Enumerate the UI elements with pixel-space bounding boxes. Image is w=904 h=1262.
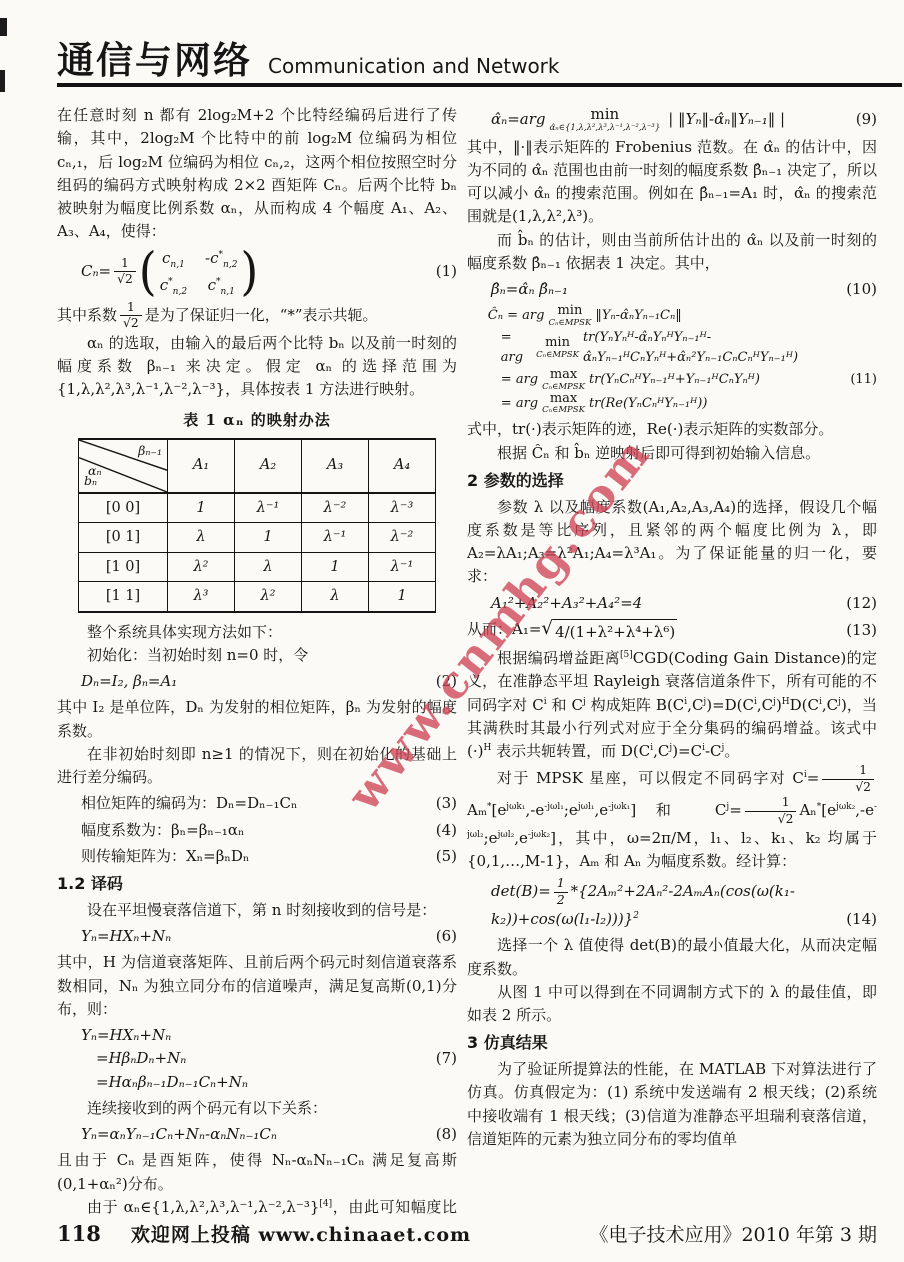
paragraph: 对于 MPSK 星座，可以假定不同码字对 Ci=1√2Aₘ*[ejωk₁,-e-… (467, 763, 877, 873)
equation-line-pre: Ĉₙ = arg (488, 306, 545, 326)
equation-body: 相位矩阵的编码为：Dₙ=Dₙ₋₁Cₙ (81, 792, 298, 815)
equation-6: Yₙ=HXₙ+Nₙ (6) (57, 925, 457, 948)
section-title-chinese: 通信与网络 (57, 42, 252, 79)
table-cell: λ⁻¹ (302, 523, 369, 552)
equation-body: Dₙ=I₂, βₙ=A₁ (81, 670, 177, 693)
paragraph: 而 b̂ₙ 的估计，则由当前所估计出的 α̂ₙ 以及前一时刻的幅度系数 β̂ₙ₋… (467, 229, 877, 276)
table-cell: λ (168, 523, 235, 552)
table-cell: λ² (168, 552, 235, 581)
equation-line-pre: = arg (501, 328, 532, 368)
equation-line: =Hαₙβₙ₋₁Dₙ₋₁Cₙ+Nₙ (96, 1071, 248, 1094)
fraction: 1√2 (114, 256, 136, 288)
table-cell: λ⁻² (302, 493, 369, 523)
table-cell: λ (302, 582, 369, 612)
table-caption: 表 1 αₙ 的映射办法 (57, 409, 457, 432)
table-cell: 1 (369, 582, 436, 612)
equation-number: (11) (844, 370, 877, 390)
equation-10: β̂ₙ=α̂ₙ β̂ₙ₋₁ (10) (467, 278, 877, 301)
section-title-english: Communication and Network (268, 56, 559, 79)
equation-body: det(B)=12*{2Aₘ²+2Aₙ²-2AₘAₙ(cos(ω(k₁-k₂))… (491, 876, 840, 931)
equation-number: (4) (430, 819, 457, 842)
min-operator: min α̂ₙ∈{1,λ,λ²,λ³,λ⁻¹,λ⁻²,λ⁻³} (550, 107, 661, 133)
table-row: [1 0] λ² λ 1 λ⁻¹ (79, 552, 436, 581)
section-heading-1-2: 1.2 译码 (57, 872, 457, 897)
table-row: [0 0] 1 λ⁻¹ λ⁻² λ⁻³ (79, 493, 436, 523)
matrix: cn,1 -c*n,2 c*n,2 c*n,1 (157, 247, 241, 298)
paragraph: 参数 λ 以及幅度系数(A₁,A₂,A₃,A₄)的选择，假设几个幅度系数是等比序… (467, 496, 877, 589)
paragraph: 整个系统具体实现方法如下： (57, 621, 457, 644)
equation-number: (3) (430, 792, 457, 815)
equation-2: Dₙ=I₂, βₙ=A₁ (2) (57, 670, 457, 693)
corner-label-beta: βₙ₋₁ (138, 441, 162, 460)
equation-body: 则传输矩阵为：Xₙ=βₙDₙ (81, 845, 249, 868)
paragraph: 在任意时刻 n 都有 2log₂M+2 个比特经编码后进行了传输，其中，2log… (57, 104, 457, 244)
equation-number: (14) (840, 908, 877, 931)
equation-body: | ‖Yₙ‖-α̂ₙ‖Yₙ₋₁‖ | (664, 108, 785, 131)
equation-body: 幅度系数为：βₙ=βₙ₋₁αₙ (81, 819, 244, 842)
equation-line-expr: tr(YₙYₙᴴ-α̂ₙYₙᴴYₙ₋₁ᴴ-α̂ₙYₙ₋₁ᴴCₙYₙᴴ+α̂ₙ²Y… (583, 328, 871, 368)
table-header: A₁ (168, 439, 235, 493)
equation-number: (8) (430, 1123, 457, 1146)
section-heading-2: 2 参数的选择 (467, 469, 877, 494)
paragraph: 连续接收到的两个码元有以下关系： (57, 1097, 457, 1120)
equation-number: (13) (840, 619, 877, 642)
equation-12: A₁²+A₂²+A₃²+A₄²=4 (12) (467, 592, 877, 615)
max-operator: maxCₙ∈MPSK (542, 368, 585, 392)
equation-body: 从而：A₁=√4/(1+λ²+λ⁴+λ⁶) (467, 618, 677, 644)
footer-journal-issue: 《电子技术应用》2010 年第 3 期 (589, 1220, 877, 1247)
equation-body: Yₙ=HXₙ+Nₙ (81, 925, 171, 948)
min-operator: minCₙ∈MPSK (548, 304, 591, 328)
right-column: α̂ₙ=arg min α̂ₙ∈{1,λ,λ²,λ³,λ⁻¹,λ⁻²,λ⁻³} … (467, 104, 877, 1220)
equation-number: (10) (840, 278, 877, 301)
matrix-paren-left: ( (139, 250, 157, 294)
equation-line: =HβₙDₙ+Nₙ (96, 1047, 186, 1070)
equation-4: 幅度系数为：βₙ=βₙ₋₁αₙ (4) (57, 819, 457, 842)
section-heading-3: 3 仿真结果 (467, 1031, 877, 1056)
equation-body: Yₙ=αₙYₙ₋₁Cₙ+Nₙ-αₙNₙ₋₁Cₙ (81, 1123, 277, 1146)
corner-label-b: bₙ (84, 471, 97, 490)
scan-artifact (0, 18, 7, 36)
table-cell: 1 (168, 493, 235, 523)
paragraph: αₙ 的选取，由输入的最后两个比特 bₙ 以及前一时刻的幅度系数 βₙ₋₁ 来决… (57, 332, 457, 402)
paragraph: 由于 αₙ∈{1,λ,λ²,λ³,λ⁻¹,λ⁻²,λ⁻³}[4]，由此可知幅度比… (57, 1196, 457, 1220)
page-footer: 118 欢迎网上投稿 www.chinaaet.com 《电子技术应用》2010… (57, 1220, 877, 1247)
page-header: 通信与网络 Communication and Network (57, 42, 902, 87)
equation-5: 则传输矩阵为：Xₙ=βₙDₙ (5) (57, 845, 457, 868)
equation-line-pre: = arg (501, 394, 538, 414)
table-1-alpha-mapping: βₙ₋₁ αₙ bₙ A₁ A₂ A₃ A₄ [0 0] 1 λ⁻¹ λ⁻² λ… (78, 438, 436, 613)
matrix-cell: c*n,1 (205, 274, 237, 297)
equation-line: Yₙ=HXₙ+Nₙ (81, 1024, 171, 1047)
min-operator: minCₙ∈MPSK (536, 336, 579, 360)
max-operator: maxCₙ∈MPSK (542, 392, 585, 416)
equation-line-expr: ‖Yₙ-α̂ₙYₙ₋₁Cₙ‖ (595, 306, 681, 326)
row-label: [0 1] (79, 523, 168, 552)
equation-7: Yₙ=HXₙ+Nₙ =HβₙDₙ+Nₙ (7) =Hαₙβₙ₋₁Dₙ₋₁Cₙ+N… (57, 1024, 457, 1094)
table-cell: λ² (235, 582, 302, 612)
paragraph: 为了验证所提算法的性能，在 MATLAB 下对算法进行了仿真。仿真假定为：(1)… (467, 1058, 877, 1151)
equation-body: β̂ₙ=α̂ₙ β̂ₙ₋₁ (491, 278, 568, 301)
equation-body: A₁²+A₂²+A₃²+A₄²=4 (491, 592, 642, 615)
paragraph: 从图 1 中可以得到在不同调制方式下的 λ 的最佳值，即如表 2 所示。 (467, 981, 877, 1028)
paragraph: 其中 I₂ 是单位阵，Dₙ 为发射的相位矩阵，βₙ 为发射的幅度系数。 (57, 696, 457, 743)
equation-line-expr: tr(YₙCₙᴴYₙ₋₁ᴴ+Yₙ₋₁ᴴCₙYₙᴴ) (589, 370, 760, 390)
table-cell: λ (235, 552, 302, 581)
matrix-cell: c*n,2 (160, 274, 187, 297)
equation-lhs: Cₙ= (81, 260, 111, 283)
paragraph: 且由于 Cₙ 是酉矩阵，使得 Nₙ-αₙNₙ₋₁Cₙ 满足复高斯(0,1+αₙ²… (57, 1149, 457, 1196)
footer-submission-note: 欢迎网上投稿 www.chinaaet.com (131, 1220, 471, 1247)
equation-line-pre: = arg (501, 370, 538, 390)
row-label: [1 0] (79, 552, 168, 581)
scan-artifact (0, 70, 5, 92)
matrix-cell: cn,1 (160, 247, 187, 270)
equation-lhs: α̂ₙ=arg (491, 108, 546, 131)
equation-number: (1) (430, 260, 457, 283)
equation-8: Yₙ=αₙYₙ₋₁Cₙ+Nₙ-αₙNₙ₋₁Cₙ (8) (57, 1123, 457, 1146)
table-header: A₃ (302, 439, 369, 493)
page-number: 118 (57, 1221, 101, 1246)
table-cell: 1 (302, 552, 369, 581)
equation-number: (12) (840, 592, 877, 615)
paragraph: 根据编码增益距离[5]CGD(Coding Gain Distance)的定义，… (467, 647, 877, 763)
table-header: A₄ (369, 439, 436, 493)
equation-number: (5) (430, 845, 457, 868)
row-label: [1 1] (79, 582, 168, 612)
equation-11: Ĉₙ = arg minCₙ∈MPSK ‖Yₙ-α̂ₙYₙ₋₁Cₙ‖ = arg… (467, 304, 877, 415)
paragraph: 根据 Ĉₙ 和 b̂ₙ 逆映射后即可得到初始输入信息。 (467, 442, 877, 465)
table-row: [0 1] λ 1 λ⁻¹ λ⁻² (79, 523, 436, 552)
left-column: 在任意时刻 n 都有 2log₂M+2 个比特经编码后进行了传输，其中，2log… (57, 104, 457, 1220)
paragraph: 设在平坦慢衰落信道下，第 n 时刻接收到的信号是： (57, 899, 457, 922)
equation-number: (7) (430, 1047, 457, 1070)
table-cell: λ⁻³ (369, 493, 436, 523)
paragraph: 初始化：当初始时刻 n=0 时，令 (57, 644, 457, 667)
paragraph: 其中，H 为信道衰落矩阵、且前后两个码元时刻信道衰落系数相同，Nₙ 为独立同分布… (57, 951, 457, 1021)
table-cell: 1 (235, 523, 302, 552)
equation-14: det(B)=12*{2Aₘ²+2Aₙ²-2AₘAₙ(cos(ω(k₁-k₂))… (467, 876, 877, 931)
table-corner-cell: βₙ₋₁ αₙ bₙ (79, 439, 168, 493)
table-cell: λ⁻¹ (235, 493, 302, 523)
paragraph: 选择一个 λ 值使得 det(B)的最小值最大化，从而决定幅度系数。 (467, 934, 877, 981)
paragraph: 其中，‖·‖表示矩阵的 Frobenius 范数。在 α̂ₙ 的估计中，因为不同… (467, 136, 877, 229)
equation-1: Cₙ= 1√2 ( cn,1 -c*n,2 c*n,2 c*n,1 ) (1) (57, 247, 457, 298)
equation-3: 相位矩阵的编码为：Dₙ=Dₙ₋₁Cₙ (3) (57, 792, 457, 815)
table-cell: λ³ (168, 582, 235, 612)
table-header: A₂ (235, 439, 302, 493)
equation-line-expr: tr(Re(YₙCₙᴴYₙ₋₁ᴴ)) (589, 394, 707, 414)
paragraph: 在非初始时刻即 n≥1 的情况下，则在初始化的基础上进行差分编码。 (57, 743, 457, 790)
equation-9: α̂ₙ=arg min α̂ₙ∈{1,λ,λ²,λ³,λ⁻¹,λ⁻²,λ⁻³} … (467, 107, 877, 133)
paragraph: 其中系数1√2是为了保证归一化，“*”表示共轭。 (57, 300, 457, 332)
equation-number: (6) (430, 925, 457, 948)
equation-number: (2) (430, 670, 457, 693)
table-cell: λ⁻² (369, 523, 436, 552)
row-label: [0 0] (79, 493, 168, 523)
matrix-paren-right: ) (240, 250, 258, 294)
table-row: [1 1] λ³ λ² λ 1 (79, 582, 436, 612)
paragraph: 式中，tr(·)表示矩阵的迹，Re(·)表示矩阵的实数部分。 (467, 418, 877, 441)
matrix-cell: -c*n,2 (205, 247, 237, 270)
equation-number: (9) (850, 108, 877, 131)
table-cell: λ⁻¹ (369, 552, 436, 581)
equation-13: 从而：A₁=√4/(1+λ²+λ⁴+λ⁶) (13) (467, 618, 877, 644)
